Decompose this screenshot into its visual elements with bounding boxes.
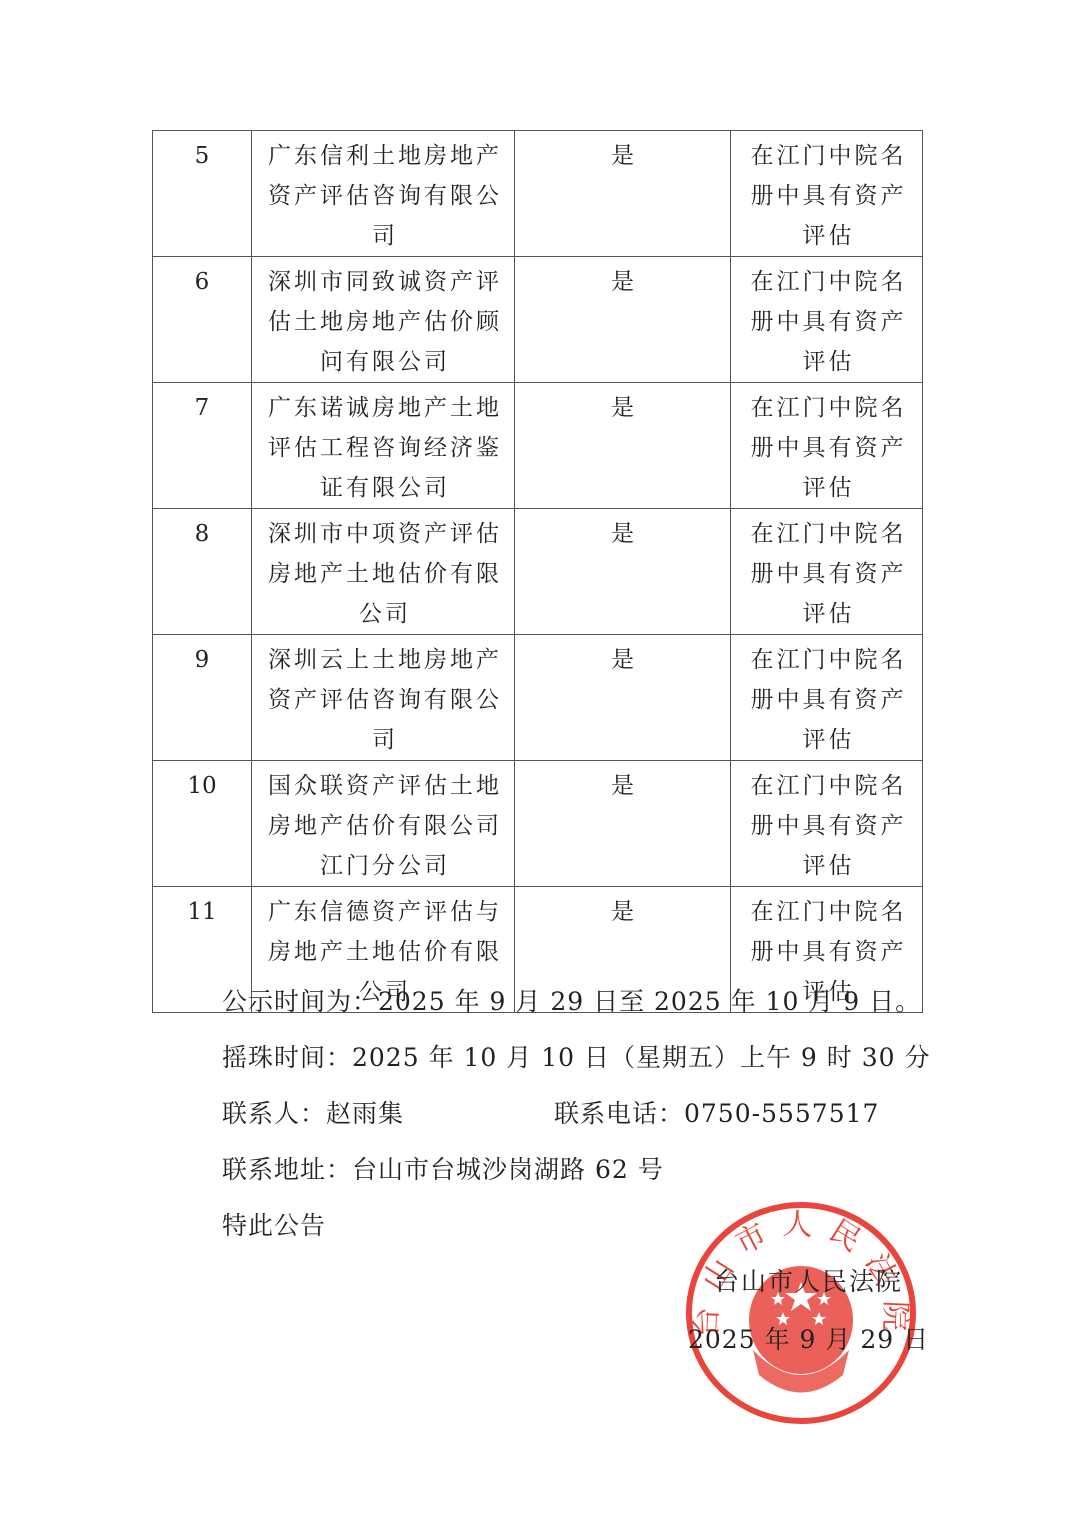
qualified-value: 是: [515, 383, 730, 428]
appraisal-agencies-table: 5 广东信利土地房地产资产评估咨询有限公司 是 在江门中院名册中具有资产评估 6…: [152, 130, 923, 1013]
qualified-value: 是: [515, 761, 730, 806]
row-number: 11: [153, 887, 251, 932]
publicity-period: 公示时间为：2025 年 9 月 29 日至 2025 年 10 月 9 日。: [222, 982, 921, 1018]
row-number: 5: [153, 131, 251, 176]
row-number: 6: [153, 257, 251, 302]
agency-name: 广东诺诚房地产土地评估工程咨询经济鉴证有限公司: [252, 383, 514, 508]
table-row: 8 深圳市中项资产评估房地产土地估价有限公司 是 在江门中院名册中具有资产评估: [153, 509, 923, 635]
agency-note: 在江门中院名册中具有资产评估: [731, 635, 922, 760]
table-row: 6 深圳市同致诚资产评估土地房地产估价顾问有限公司 是 在江门中院名册中具有资产…: [153, 257, 923, 383]
table-row: 5 广东信利土地房地产资产评估咨询有限公司 是 在江门中院名册中具有资产评估: [153, 131, 923, 257]
closing-statement: 特此公告: [222, 1206, 326, 1242]
row-number: 9: [153, 635, 251, 680]
table-row: 10 国众联资产评估土地房地产估价有限公司江门分公司 是 在江门中院名册中具有资…: [153, 761, 923, 887]
agency-note: 在江门中院名册中具有资产评估: [731, 131, 922, 256]
agency-name: 广东信利土地房地产资产评估咨询有限公司: [252, 131, 514, 256]
qualified-value: 是: [515, 509, 730, 554]
agency-name: 深圳市中项资产评估房地产土地估价有限公司: [252, 509, 514, 634]
agency-name: 深圳市同致诚资产评估土地房地产估价顾问有限公司: [252, 257, 514, 382]
table-row: 9 深圳云上土地房地产资产评估咨询有限公司 是 在江门中院名册中具有资产评估: [153, 635, 923, 761]
agency-note: 在江门中院名册中具有资产评估: [731, 383, 922, 508]
agency-note: 在江门中院名册中具有资产评估: [731, 761, 922, 886]
signature-date: 2025 年 9 月 29 日: [688, 1320, 929, 1356]
contact-address: 联系地址：台山市台城沙岗湖路 62 号: [222, 1150, 664, 1186]
qualified-value: 是: [515, 887, 730, 932]
lottery-time: 摇珠时间：2025 年 10 月 10 日（星期五）上午 9 时 30 分: [222, 1038, 931, 1074]
agency-name: 国众联资产评估土地房地产估价有限公司江门分公司: [252, 761, 514, 886]
court-name: 台山市人民法院: [714, 1262, 903, 1298]
court-seal-icon: 台山市人民法院: [683, 1200, 919, 1426]
qualified-value: 是: [515, 131, 730, 176]
qualified-value: 是: [515, 635, 730, 680]
row-number: 7: [153, 383, 251, 428]
agency-name: 深圳云上土地房地产资产评估咨询有限公司: [252, 635, 514, 760]
agency-note: 在江门中院名册中具有资产评估: [731, 257, 922, 382]
contact-phone: 联系电话：0750-5557517: [554, 1094, 879, 1130]
qualified-value: 是: [515, 257, 730, 302]
contact-person: 联系人：赵雨集: [222, 1099, 404, 1128]
agency-note: 在江门中院名册中具有资产评估: [731, 509, 922, 634]
contact-line: 联系人：赵雨集 联系电话：0750-5557517: [222, 1094, 404, 1130]
row-number: 10: [153, 761, 251, 806]
row-number: 8: [153, 509, 251, 554]
table-row: 7 广东诺诚房地产土地评估工程咨询经济鉴证有限公司 是 在江门中院名册中具有资产…: [153, 383, 923, 509]
